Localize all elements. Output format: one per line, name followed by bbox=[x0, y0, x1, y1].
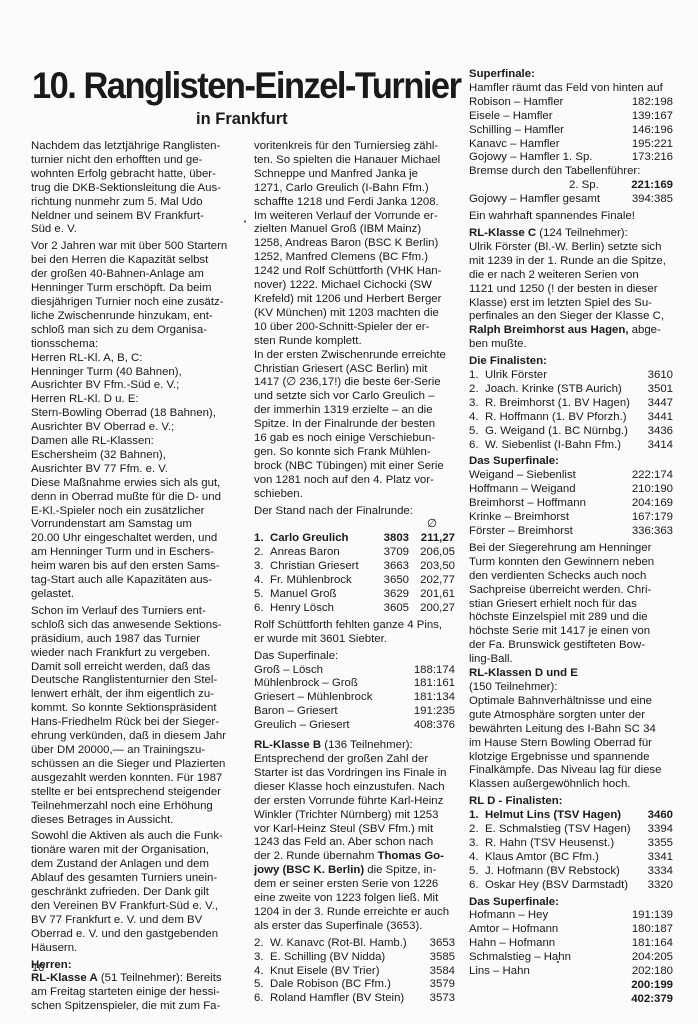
ranking-row: 2.E. Schmalstieg (TSV Hagen)3394 bbox=[469, 823, 673, 837]
match-pair: Griesert – Mühlenbrock bbox=[254, 691, 385, 705]
match-row: Amtor – Hofmann180:187 bbox=[469, 923, 673, 937]
match-pair: Krinke – Breimhorst bbox=[469, 511, 603, 525]
klasse-de-paragraph: Optimale Bahnverhältnisse und einegute A… bbox=[469, 695, 673, 792]
text-line: diesjährigen Turnier noch eine zusätz- bbox=[31, 296, 235, 310]
match-score: 204:205 bbox=[603, 951, 673, 965]
intro-paragraph: Nachdem das letztjährige Ranglisten-turn… bbox=[31, 140, 235, 237]
average: 202,77 bbox=[409, 574, 455, 588]
match-row: Hofmann – Hey191:139 bbox=[469, 909, 673, 923]
average: 211,27 bbox=[409, 532, 455, 546]
text-line: der großen 40-Bahnen-Anlage am bbox=[31, 268, 235, 282]
rank: 6. bbox=[254, 992, 270, 1006]
klasse-c-winner-line: Ralph Breimhorst aus Hagen, abge- bbox=[469, 324, 673, 338]
ranking-row: 1.Ulrik Förster3610 bbox=[469, 369, 673, 383]
d-finalists-heading: RL D - Finalisten: bbox=[469, 795, 673, 809]
text-line: Herren RL-Kl. D u. E: bbox=[31, 393, 235, 407]
match-score: 181:161 bbox=[385, 677, 455, 691]
herren-heading: Herren: bbox=[31, 959, 235, 973]
text-line: Süd e. V. bbox=[31, 223, 235, 237]
rank: 4. bbox=[254, 965, 270, 979]
text-line: Winkler (Trichter Nürnberg) mit 1253 bbox=[254, 809, 455, 823]
ranking-row: 6.Roland Hamfler (BV Stein)3573 bbox=[254, 992, 455, 1006]
match-pair: Förster – Breimhorst bbox=[469, 525, 603, 539]
text-line: sten Runde komplett. bbox=[254, 335, 455, 349]
player-name: Carlo Greulich bbox=[270, 532, 369, 546]
leader-name: Thomas Go- bbox=[377, 850, 443, 862]
gesamt-pair: Gojowy – Hamfler gesamt bbox=[469, 193, 603, 207]
ranking-row: 4.Fr. Mühlenbrock3650202,77 bbox=[254, 574, 455, 588]
match-score: 173:216 bbox=[603, 151, 673, 165]
match-score: 167:179 bbox=[603, 511, 673, 525]
text-line: 16 gab es noch einige Verschiebun- bbox=[254, 432, 455, 446]
text-line: Deutsche Ranglistenturnier den Stel- bbox=[31, 674, 235, 688]
text-line: klotzige Ergebnisse und spannende bbox=[469, 751, 673, 765]
text-line: Rolf Schüttforth fehlten ganze 4 Pins, bbox=[254, 619, 455, 633]
text-line: tionsschema: bbox=[31, 338, 235, 352]
match-score: 188:174 bbox=[385, 664, 455, 678]
text-line: Ausrichter BV 77 Ffm. e. V. bbox=[31, 463, 235, 477]
text-line: dem Zustand der Anlagen und dem bbox=[31, 858, 235, 872]
c-superfinale-heading: Das Superfinale: bbox=[469, 455, 673, 469]
player-name: Knut Eisele (BV Trier) bbox=[270, 965, 415, 979]
text-line: dieses Betrages in Aussicht. bbox=[31, 814, 235, 828]
text-line: (KV München) mit 1203 machten die bbox=[254, 307, 455, 321]
match-row: Baron – Griesert191:235 bbox=[254, 705, 455, 719]
text-line: dem er seiner ersten Serie von 1226 bbox=[254, 878, 455, 892]
a-superfinale-heading: Das Superfinale: bbox=[254, 650, 455, 664]
match-pair: Weigand – Siebenlist bbox=[469, 469, 603, 483]
gesamt-row: Gojowy – Hamfler gesamt394:385 bbox=[469, 193, 673, 207]
klasse-b-label: RL-Klasse B bbox=[254, 739, 321, 751]
text-line: der ersten Vorrunde führte Karl-Heinz bbox=[254, 795, 455, 809]
player-name: Henry Lösch bbox=[270, 602, 369, 616]
page-subtitle: in Frankfurt bbox=[196, 108, 288, 130]
match-pair: Groß – Lösch bbox=[254, 664, 385, 678]
match-score: 181:134 bbox=[385, 691, 455, 705]
standings-table: 1.Carlo Greulich3803211,272.Anreas Baron… bbox=[254, 532, 455, 615]
text-line: den Vereinen BV Frankfurt-Süd e. V., bbox=[31, 900, 235, 914]
match-score: 191:235 bbox=[385, 705, 455, 719]
leader-club: jowy (BSC K. Berlin) bbox=[254, 864, 364, 876]
match-score: 182:198 bbox=[603, 96, 673, 110]
match-row: Hoffmann – Weigand210:190 bbox=[469, 483, 673, 497]
text-line: lenwert erhält, der ihm eigentlich zu- bbox=[31, 688, 235, 702]
text-line: 1252, Manfred Clemens (BC Ffm.) bbox=[254, 251, 455, 265]
text-line: schaffte 1218 und Ferdi Janka 1208. bbox=[254, 196, 455, 210]
text-line: Klasse) erst im letzten Spiel des Su- bbox=[469, 297, 673, 311]
ranking-row: 4.Knut Eisele (BV Trier)3584 bbox=[254, 965, 455, 979]
match-score: 195:221 bbox=[603, 138, 673, 152]
total-pins: 3573 bbox=[415, 992, 455, 1006]
klasse-c-paragraph: Ulrik Förster (Bl.-W. Berlin) setzte sic… bbox=[469, 241, 673, 324]
match-row: Mühlenbrock – Groß181:161 bbox=[254, 677, 455, 691]
match-score: 204:169 bbox=[603, 497, 673, 511]
text-line: Ulrik Förster (Bl.-W. Berlin) setzte sic… bbox=[469, 241, 673, 255]
text-line: ten. So spielten die Hanauer Michael bbox=[254, 154, 455, 168]
text-line: im Hause Stern Bowling Oberrad für bbox=[469, 737, 673, 751]
match-row: Schmalstieg – Hahn204:205 bbox=[469, 951, 673, 965]
text-line: nover) 1222. Michael Cichocki (SW bbox=[254, 279, 455, 293]
text-line: Bei der Siegerehrung am Henninger bbox=[469, 542, 673, 556]
text-line: Hans-Friedhelm Rück bei der Sieger- bbox=[31, 716, 235, 730]
player-name: J. Hofmann (BV Rebstock) bbox=[485, 865, 633, 879]
total-pins: 3653 bbox=[415, 937, 455, 951]
b-superfinale-intro: Hamfler räumt das Feld von hinten auf bbox=[469, 82, 673, 96]
a-superfinale-table: Groß – Lösch188:174Mühlenbrock – Groß181… bbox=[254, 664, 455, 734]
text-line: Sachpreise überreicht werden. Chri- bbox=[469, 584, 673, 598]
rank: 3. bbox=[254, 951, 270, 965]
text-line: Optimale Bahnverhältnisse und eine bbox=[469, 695, 673, 709]
player-name: Klaus Amtor (BC Ffm.) bbox=[485, 851, 633, 865]
match-row: Förster – Breimhorst336:363 bbox=[469, 525, 673, 539]
organisation-schema: Herren RL-Kl. A, B, C:Henninger Turm (40… bbox=[31, 352, 235, 477]
match-score: 210:190 bbox=[603, 483, 673, 497]
match-pair: Hofmann – Hey bbox=[469, 909, 603, 923]
text-line: 1243 das Feld an. Aber schon nach bbox=[254, 836, 455, 850]
player-name: Ulrik Förster bbox=[485, 369, 633, 383]
player-name: Joach. Krinke (STB Aurich) bbox=[485, 383, 633, 397]
match-row: Weigand – Siebenlist222:174 bbox=[469, 469, 673, 483]
match-row: Hahn – Hofmann181:164 bbox=[469, 937, 673, 951]
klasse-de-count: (150 Teilnehmer): bbox=[469, 681, 673, 695]
match-row: Kanavc – Hamfler195:221 bbox=[469, 138, 673, 152]
match-pair: Amtor – Hofmann bbox=[469, 923, 603, 937]
rank: 1. bbox=[254, 532, 270, 546]
text-line: bewährten Leitung des I-Bahn SC 34 bbox=[469, 723, 673, 737]
match-row: Griesert – Mühlenbrock181:134 bbox=[254, 691, 455, 705]
text-line: 200:199 bbox=[469, 979, 673, 993]
ranking-row: 3.R. Breimhorst (1. BV Hagen)3447 bbox=[469, 397, 673, 411]
page-title: 10. Ranglisten-Einzel-Turnier bbox=[32, 64, 423, 108]
schuettforth-note: Rolf Schüttforth fehlten ganze 4 Pins,er… bbox=[254, 619, 455, 647]
text-line: Schneppe und Manfred Janka je bbox=[254, 168, 455, 182]
vorrunde-paragraph: voritenkreis für den Turniersieg zähl-te… bbox=[254, 140, 455, 349]
ranking-row: 3.E. Schilling (BV Nidda)3585 bbox=[254, 951, 455, 965]
total-pins: 3803 bbox=[369, 532, 409, 546]
total-pins: 3394 bbox=[633, 823, 673, 837]
rank: 2. bbox=[469, 383, 485, 397]
text-line: Nachdem das letztjährige Ranglisten- bbox=[31, 140, 235, 154]
total-pins: 3460 bbox=[633, 809, 673, 823]
text-line: Ausrichter BV Ffm.-Süd e. V.; bbox=[31, 379, 235, 393]
player-name: Dale Robison (BC Ffm.) bbox=[270, 978, 415, 992]
total-pins: 3629 bbox=[369, 588, 409, 602]
player-name: R. Breimhorst (1. BV Hagen) bbox=[485, 397, 633, 411]
text-line: Eschersheim (32 Bahnen), bbox=[31, 449, 235, 463]
total-pins: 3341 bbox=[633, 851, 673, 865]
text-line: gute Atmosphäre sorgten unter der bbox=[469, 709, 673, 723]
text-line: denn in Oberrad mußte für die D- und bbox=[31, 491, 235, 505]
match-pair: Gojowy – Hamfler 1. Sp. bbox=[469, 151, 603, 165]
match-score: 191:139 bbox=[603, 909, 673, 923]
text-line: der Fa. Brunswick gestifteten Bow- bbox=[469, 639, 673, 653]
text-line: präsidium, auch 1987 das Turnier bbox=[31, 633, 235, 647]
player-name: Fr. Mühlenbrock bbox=[270, 574, 369, 588]
match-score: 408:376 bbox=[385, 719, 455, 733]
rank: 6. bbox=[254, 602, 270, 616]
ranking-row: 5.Manuel Groß3629201,61 bbox=[254, 588, 455, 602]
text-line: tag-Start auch alle Kapazitäten aus- bbox=[31, 574, 235, 588]
match-score: 146:196 bbox=[603, 124, 673, 138]
player-name: Manuel Groß bbox=[270, 588, 369, 602]
text-line: schloß sich das anwesende Sektions- bbox=[31, 619, 235, 633]
average: 203,50 bbox=[409, 560, 455, 574]
player-name: E. Schmalstieg (TSV Hagen) bbox=[485, 823, 633, 837]
match-pair: Breimhorst – Hoffmann bbox=[469, 497, 603, 511]
rank: 1. bbox=[469, 809, 485, 823]
total-pins: 3584 bbox=[415, 965, 455, 979]
klasse-b-leader-line-2: jowy (BSC K. Berlin) die Spitze, in- bbox=[254, 864, 455, 878]
text-line: Herren RL-Kl. A, B, C: bbox=[31, 352, 235, 366]
total-pins: 3447 bbox=[633, 397, 673, 411]
match-pair: Hahn – Hofmann bbox=[469, 937, 603, 951]
column-3: Superfinale: Hamfler räumt das Feld von … bbox=[469, 68, 673, 1007]
klasse-a-paragraph: am Freitag starteten einige der hessi-sc… bbox=[31, 986, 235, 1014]
text-line: Starter ist das Vordringen ins Finale in bbox=[254, 767, 455, 781]
text-line: 1271, Carlo Greulich (I-Bahn Ffm.) bbox=[254, 182, 455, 196]
player-name: E. Schilling (BV Nidda) bbox=[270, 951, 415, 965]
text-line: 1242 und Rolf Schüttforth (VHK Han- bbox=[254, 265, 455, 279]
match-pair: Greulich – Griesert bbox=[254, 719, 385, 733]
text-line: voritenkreis für den Turniersieg zähl- bbox=[254, 140, 455, 154]
text-line: heim waren bis auf den ersten Sams- bbox=[31, 560, 235, 574]
match-pair: Hoffmann – Weigand bbox=[469, 483, 603, 497]
ranking-row: 1.Carlo Greulich3803211,27 bbox=[254, 532, 455, 546]
klasse-b-leader-line: der 2. Runde übernahm Thomas Go- bbox=[254, 850, 455, 864]
text-line: 1417 (∅ 236,17!) die beste 6er-Serie bbox=[254, 376, 455, 390]
match-row: Groß – Lösch188:174 bbox=[254, 664, 455, 678]
game-2-label: 2. Sp. bbox=[469, 179, 603, 193]
text-line: Sowohl die Aktiven als auch die Funk- bbox=[31, 830, 235, 844]
klasse-a-intro: RL-Klasse A (51 Teilnehmer): Bereits bbox=[31, 972, 235, 986]
ranking-row: 3.R. Hahn (TSV Heusenst.)3355 bbox=[469, 837, 673, 851]
page-number: 10 bbox=[32, 962, 44, 974]
standings-intro: Der Stand nach der Finalrunde: bbox=[254, 505, 455, 519]
text-line: ausgezahlt werden konnten. Für 1987 bbox=[31, 772, 235, 786]
text-line: am Freitag starteten einige der hessi- bbox=[31, 986, 235, 1000]
rank: 5. bbox=[254, 588, 270, 602]
text-line: schüssen an die Sieger und Plazierten bbox=[31, 758, 235, 772]
text-line: der immerhin 1319 erzielte – an die bbox=[254, 404, 455, 418]
text-line: 402:379 bbox=[469, 993, 673, 1007]
text-line: als erster das Superfinale (3653). bbox=[254, 920, 455, 934]
total-pins: 3605 bbox=[369, 602, 409, 616]
total-pins: 3320 bbox=[633, 879, 673, 893]
total-pins: 3610 bbox=[633, 369, 673, 383]
match-row: Krinke – Breimhorst167:179 bbox=[469, 511, 673, 525]
text-line: am Henninger Turm und in Eschers- bbox=[31, 546, 235, 560]
match-score: 222:174 bbox=[603, 469, 673, 483]
measure-paragraph: Diese Maßnahme erwies sich als gut,denn … bbox=[31, 477, 235, 602]
text-line: Vorrundenstart am Samstag um bbox=[31, 518, 235, 532]
player-name: Christian Griesert bbox=[270, 560, 369, 574]
d-extra-scores: 200:199402:379 bbox=[469, 979, 673, 1007]
text-line: trug die DKB-Sektionsleitung die Aus- bbox=[31, 182, 235, 196]
match-score: 181:164 bbox=[603, 937, 673, 951]
rank: 2. bbox=[254, 937, 270, 951]
text-line: 1204 in der 3. Runde erreichte er auch bbox=[254, 906, 455, 920]
klasse-c-paragraph-end: ben mußte. bbox=[469, 338, 673, 352]
total-pins: 3501 bbox=[633, 383, 673, 397]
player-name: Oskar Hey (BSV Darmstadt) bbox=[485, 879, 633, 893]
text-line: und setzte sich vor Carlo Greulich – bbox=[254, 390, 455, 404]
total-pins: 3414 bbox=[633, 439, 673, 453]
player-name: Anreas Baron bbox=[270, 546, 369, 560]
player-name: R. Hoffmann (1. BV Pforzh.) bbox=[485, 411, 633, 425]
c-finalists-table: 1.Ulrik Förster36102.Joach. Krinke (STB … bbox=[469, 369, 673, 452]
ranking-row: 4.Klaus Amtor (BC Ffm.)3341 bbox=[469, 851, 673, 865]
text-line: liche Zwischenrunde hinzukam, ent- bbox=[31, 310, 235, 324]
ranking-row: 5.G. Weigand (1. BC Nürnbg.)3436 bbox=[469, 425, 673, 439]
average-symbol: ∅ bbox=[409, 518, 455, 532]
bremse-text: Bremse durch den Tabellenführer: bbox=[469, 165, 673, 179]
player-name: W. Siebenlist (I-Bahn Ffm.) bbox=[485, 439, 633, 453]
text-line: dieser Klasse hoch einzustufen. Nach bbox=[254, 781, 455, 795]
total-pins: 3709 bbox=[369, 546, 409, 560]
text-line: wohnten Erfolg gebracht hatte, über- bbox=[31, 168, 235, 182]
klasse-de-label: RL-Klassen D und E bbox=[469, 667, 673, 681]
text-line: turnier nicht den erhofften und ge- bbox=[31, 154, 235, 168]
ranking-row: 2.Joach. Krinke (STB Aurich)3501 bbox=[469, 383, 673, 397]
awards-paragraph: Bei der Siegerehrung am HenningerTurm ko… bbox=[469, 542, 673, 667]
ranking-row: 2.W. Kanavc (Rot-Bl. Hamb.)3653 bbox=[254, 937, 455, 951]
text-line: 10 über 200-Schnitt-Spieler der er- bbox=[254, 321, 455, 335]
text-line: richtung nunmehr zum 5. Mal Udo bbox=[31, 196, 235, 210]
total-pins: 3441 bbox=[633, 411, 673, 425]
standings-header: ∅ bbox=[254, 518, 455, 532]
total-pins: 3663 bbox=[369, 560, 409, 574]
klasse-b-paragraph: Entsprechend der großen Zahl derStarter … bbox=[254, 753, 455, 850]
b-finalists-table: 2.W. Kanavc (Rot-Bl. Hamb.)36533.E. Schi… bbox=[254, 937, 455, 1007]
d-finalists-table: 1.Helmut Lins (TSV Hagen)34602.E. Schmal… bbox=[469, 809, 673, 892]
rank: 6. bbox=[469, 439, 485, 453]
total-pins: 3585 bbox=[415, 951, 455, 965]
text-line: 1121 und 1250 (! der besten in dieser bbox=[469, 283, 673, 297]
average: 201,61 bbox=[409, 588, 455, 602]
text-line: höchste Einzelspiel mit 289 und die bbox=[469, 611, 673, 625]
d-superfinale-table: Hofmann – Hey191:139Amtor – Hofmann180:1… bbox=[469, 909, 673, 979]
player-name: Helmut Lins (TSV Hagen) bbox=[485, 809, 633, 823]
column-1: Nachdem das letztjährige Ranglisten-turn… bbox=[31, 140, 235, 1014]
match-pair: Kanavc – Hamfler bbox=[469, 138, 603, 152]
text-line: perfinales an den Sieger der Klasse C, bbox=[469, 310, 673, 324]
text-line: vor Karl-Heinz Steul (SBV Ffm.) mit bbox=[254, 823, 455, 837]
text: die Spitze, in- bbox=[364, 864, 436, 876]
text-line: schen Spitzenspieler, die mit zum Fa- bbox=[31, 1000, 235, 1014]
text-line: höchste Serie mit 1417 je einen von bbox=[469, 625, 673, 639]
rank: 5. bbox=[469, 425, 485, 439]
text-line: schloß man sich zu dem Organisa- bbox=[31, 324, 235, 338]
text: der 2. Runde übernahm bbox=[254, 850, 377, 862]
text-line: von 1281 noch auf den 4. Platz vor- bbox=[254, 474, 455, 488]
text-line: gelastet. bbox=[31, 588, 235, 602]
rank: 4. bbox=[469, 851, 485, 865]
ranking-row: 6.W. Siebenlist (I-Bahn Ffm.)3414 bbox=[469, 439, 673, 453]
rank: 4. bbox=[254, 574, 270, 588]
text-line: Damit soll erreicht werden, daß das bbox=[31, 661, 235, 675]
text-line: mit 1239 in der 1. Runde an die Spitze, bbox=[469, 255, 673, 269]
print-mark bbox=[244, 220, 246, 223]
text-line: Entsprechend der großen Zahl der bbox=[254, 753, 455, 767]
match-row: Robison – Hamfler182:198 bbox=[469, 96, 673, 110]
rank: 2. bbox=[254, 546, 270, 560]
thanks-paragraph: Sowohl die Aktiven als auch die Funk-tio… bbox=[31, 830, 235, 955]
rank: 2. bbox=[469, 823, 485, 837]
text-line: tionäre waren mit der Organisation, bbox=[31, 844, 235, 858]
rank: 3. bbox=[469, 837, 485, 851]
b-superfinale-heading: Superfinale: bbox=[469, 68, 673, 82]
ranking-row: 4.R. Hoffmann (1. BV Pforzh.)3441 bbox=[469, 411, 673, 425]
average: 206,05 bbox=[409, 546, 455, 560]
text-line: Krefeld) mit 1206 und Herbert Berger bbox=[254, 293, 455, 307]
match-score: 202:180 bbox=[603, 965, 673, 979]
player-name: Roland Hamfler (BV Stein) bbox=[270, 992, 415, 1006]
match-pair: Mühlenbrock – Groß bbox=[254, 677, 385, 691]
text-line: Vor 2 Jahren war mit über 500 Startern bbox=[31, 240, 235, 254]
match-row: Eisele – Hamfler139:167 bbox=[469, 110, 673, 124]
print-dot bbox=[557, 961, 559, 963]
text-line: 1258, Andreas Baron (BSC K Berlin) bbox=[254, 237, 455, 251]
column-2: voritenkreis für den Turniersieg zähl-te… bbox=[254, 140, 455, 1006]
text-line: stian Griesert erhielt noch für das bbox=[469, 598, 673, 612]
text-line: bei den Herren die Kapazität selbst bbox=[31, 254, 235, 268]
klasse-b-paragraph-end: dem er seiner ersten Serie von 1226eine … bbox=[254, 878, 455, 934]
text-line: E-Kl.-Spieler noch ein zusätzlicher bbox=[31, 505, 235, 519]
average: 200,27 bbox=[409, 602, 455, 616]
text-line: geschränkt zufrieden. Der Dank gilt bbox=[31, 886, 235, 900]
ranking-row: 5.J. Hofmann (BV Rebstock)3334 bbox=[469, 865, 673, 879]
ranking-row: 3.Christian Griesert3663203,50 bbox=[254, 560, 455, 574]
match-row: Greulich – Griesert408:376 bbox=[254, 719, 455, 733]
text-line: stellte er bei entsprechend steigender bbox=[31, 786, 235, 800]
klasse-b-intro: RL-Klasse B (136 Teilnehmer): bbox=[254, 739, 455, 753]
game-2-score: 221:169 bbox=[603, 179, 673, 193]
text-line: Stern-Bowling Oberrad (18 Bahnen), bbox=[31, 407, 235, 421]
text-line: Oberrad e. V. und den gastgebenden bbox=[31, 928, 235, 942]
winner-name: Ralph Breimhorst aus Hagen, bbox=[469, 324, 629, 336]
match-pair: Eisele – Hamfler bbox=[469, 110, 603, 124]
presidium-paragraph: Schon im Verlauf des Turniers ent-schloß… bbox=[31, 605, 235, 828]
match-pair: Robison – Hamfler bbox=[469, 96, 603, 110]
text-line: den verdienten Schecks auch noch bbox=[469, 570, 673, 584]
rank: 5. bbox=[254, 978, 270, 992]
total-pins: 3650 bbox=[369, 574, 409, 588]
text-line: Ablauf des gesamten Turniers unein- bbox=[31, 872, 235, 886]
ranking-row: 1.Helmut Lins (TSV Hagen)3460 bbox=[469, 809, 673, 823]
text-line: Spitze. In der Finalrunde der besten bbox=[254, 418, 455, 432]
match-pair: Schmalstieg – Hahn bbox=[469, 951, 603, 965]
game-2-row: 2. Sp.221:169 bbox=[469, 179, 673, 193]
total-pins: 3579 bbox=[415, 978, 455, 992]
text-line: die er nach 2 weiteren Serien von bbox=[469, 269, 673, 283]
text-line: Schon im Verlauf des Turniers ent- bbox=[31, 605, 235, 619]
match-score: 139:167 bbox=[603, 110, 673, 124]
text-line: ling-Ball. bbox=[469, 653, 673, 667]
total-pins: 3334 bbox=[633, 865, 673, 879]
text-line: kommt. So konnte Sektionspräsident bbox=[31, 702, 235, 716]
text-line: ehrung verkünden, daß in diesem Jahr bbox=[31, 730, 235, 744]
match-row: Breimhorst – Hoffmann204:169 bbox=[469, 497, 673, 511]
text-line: über DM 20000,— an Trainingszu- bbox=[31, 744, 235, 758]
text-line: Neldner und seinem BV Frankfurt- bbox=[31, 210, 235, 224]
text-line: Christian Griesert (ASC Berlin) mit bbox=[254, 363, 455, 377]
player-name: W. Kanavc (Rot-Bl. Hamb.) bbox=[270, 937, 415, 951]
text-line: Finalkämpfe. Das Niveau lag für diese bbox=[469, 764, 673, 778]
text-line: zielten Manuel Groß (IBM Mainz) bbox=[254, 223, 455, 237]
text-line: Diese Maßnahme erwies sich als gut, bbox=[31, 477, 235, 491]
ranking-row: 5.Dale Robison (BC Ffm.)3579 bbox=[254, 978, 455, 992]
text-line: er wurde mit 3601 Siebter. bbox=[254, 633, 455, 647]
